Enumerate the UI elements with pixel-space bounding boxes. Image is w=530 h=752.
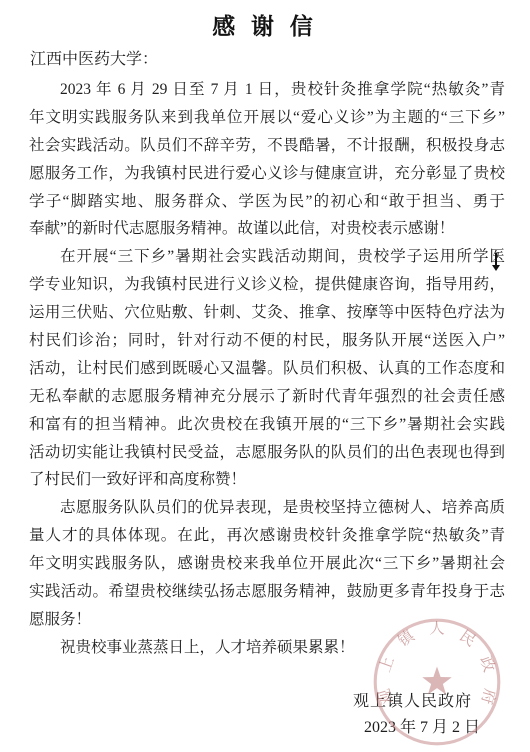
signature-org: 观上镇人民政府 [353, 688, 472, 711]
paragraph-line: 学子“脚踏实地、服务群众、学医为民”的初心和“敢于担当、勇于 [29, 188, 505, 216]
paragraph-line: 年文明实践服务队，感谢贵校来我单位开展此次“三下乡”暑期社会 [29, 550, 505, 578]
paragraph-line: 量人才的具体体现。在此，再次感谢贵校针灸推拿学院“热敏灸”青 [29, 522, 505, 550]
paragraph-line: 社会实践活动。队员们不辞辛劳，不畏酷暑，不计报酬，积极投身志 [29, 132, 505, 160]
paragraph-line: 无私奉献的志愿服务精神充分展示了新时代青年强烈的社会责任感 [29, 383, 505, 411]
paragraph-line: 实践活动。希望贵校继续弘扬志愿服务精神，鼓励更多青年投身于志 [29, 578, 505, 606]
paragraph-line: 年文明实践服务队来到我单位开展以“爱心义诊”为主题的“三下乡” [29, 104, 505, 132]
paragraph-line: 运用三伏贴、穴位贴敷、针刺、艾灸、推拿、按摩等中医特色疗法为 [29, 299, 505, 327]
letter-title: 感 谢 信 [0, 8, 530, 41]
paragraph-line: 志愿服务队队员们的优异表现，是贵校坚持立德树人、培养高质 [29, 494, 505, 522]
paragraph-line: 学专业知识，为我镇村民进行义诊义检，提供健康咨询，指导用药， [29, 271, 505, 299]
paragraph-line: 奉献”的新时代志愿服务精神。故谨以此信，对贵校表示感谢！ [29, 215, 505, 243]
letter-body: 2023 年 6 月 29 日至 7 月 1 日，贵校针灸推拿学院“热敏灸”青年… [29, 76, 505, 662]
paragraph-line: 愿服务工作，为我镇村民进行爱心义诊与健康宣讲，充分彰显了贵校 [29, 160, 505, 188]
paragraph-line: 活动，让村民们感到既暖心又温馨。队员们积极、认真的工作态度和 [29, 355, 505, 383]
paragraph-line: 愿服务！ [29, 606, 505, 634]
down-arrow-cursor-artifact [491, 253, 501, 273]
paragraph-line: 2023 年 6 月 29 日至 7 月 1 日，贵校针灸推拿学院“热敏灸”青 [29, 76, 505, 104]
letter-page: 感 谢 信 江西中医药大学： 2023 年 6 月 29 日至 7 月 1 日，… [0, 0, 530, 752]
letter-salutation: 江西中医药大学： [30, 46, 158, 69]
paragraph-line: 祝贵校事业蒸蒸日上，人才培养硕果累累！ [29, 634, 505, 662]
paragraph-line: 和富有的担当精神。此次贵校在我镇开展的“三下乡”暑期社会实践 [29, 411, 505, 439]
paragraph-line: 了村民们一致好评和高度称赞！ [29, 466, 505, 494]
paragraph-line: 村民们诊治；同时，针对行动不便的村民，服务队开展“送医入户” [29, 327, 505, 355]
paragraph-line: 活动切实能让我镇村民受益，志愿服务队的队员们的出色表现也得到 [29, 439, 505, 467]
signature-date: 2023 年 7 月 2 日 [364, 714, 480, 737]
paragraph-line: 在开展“三下乡”暑期社会实践活动期间，贵校学子运用所学医 [29, 243, 505, 271]
cursor-artifact-head [492, 265, 500, 271]
